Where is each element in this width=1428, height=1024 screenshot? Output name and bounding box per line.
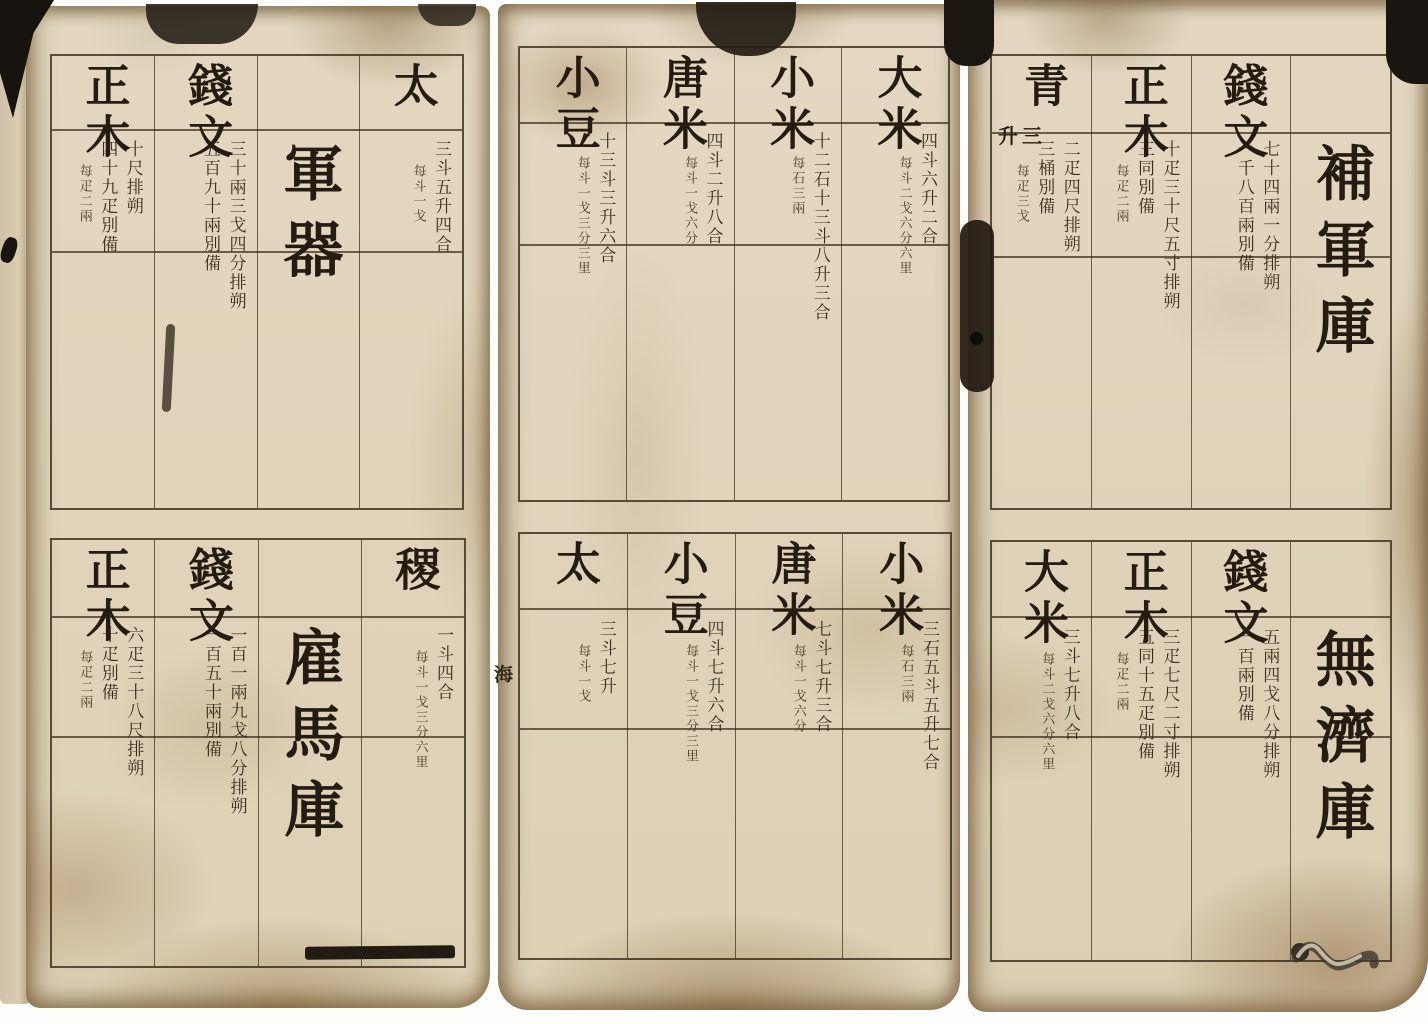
left-page-lower-band: 正木 六疋三十八尺排朔 十疋別備 每疋二兩 錢文 一百一兩九戈八分排朔 一百五十… — [50, 538, 466, 968]
column-notes: 十二石十三斗八升三合 每石三兩 — [788, 132, 833, 322]
column-subheader: 三升 — [998, 120, 1046, 149]
column-header: 唐米 — [765, 540, 812, 642]
note-line: 每斗一戈三分六里 — [411, 626, 431, 770]
ledger-column: 小米 三石五斗五升七合 每石三兩 — [842, 534, 950, 958]
note-line: 三疋七尺二寸排朔 — [1157, 628, 1183, 780]
column-notes: 三斗五升四合 每斗一戈 — [409, 140, 454, 254]
account-name: 無濟庫 — [1311, 628, 1371, 856]
column-notes: 一百一兩九戈八分排朔 一百五十兩別備 — [199, 626, 250, 816]
ledger-column: 小豆 十三斗三升六合 每斗一戈三分三里 — [520, 48, 626, 500]
note-line: 每石三兩 — [788, 132, 808, 322]
ledger-column: 唐米 四斗二升八合 每斗一戈六分 — [626, 48, 733, 500]
ledger-column: 正木 三疋七尺二寸排朔 五同十五疋別備 每疋二兩 — [1091, 542, 1191, 960]
ink-bar — [305, 945, 455, 960]
note-line: 三十兩三戈四分排朔 — [223, 140, 249, 311]
middle-page-upper-band: 小豆 十三斗三升六合 每斗一戈三分三里 唐米 四斗二升八合 每斗一戈六分 小米 … — [518, 46, 950, 502]
note-line: 三同別備 — [1132, 140, 1158, 311]
column-header: 錢文 — [183, 546, 230, 648]
column-notes: 六疋三十八尺排朔 十疋別備 每疋二兩 — [76, 626, 147, 778]
right-page-lower-band: 大米 三斗七升八合 每斗二戈六分六里 正木 三疋七尺二寸排朔 五同十五疋別備 每… — [990, 540, 1392, 962]
column-header: 太 — [550, 540, 597, 591]
note-line: 一斗四合 — [431, 626, 457, 770]
ledger-column: 小米 十二石十三斗八升三合 每石三兩 — [734, 48, 841, 500]
note-line: 每疋二兩 — [1112, 140, 1132, 311]
right-page-upper-band: 青 三升 二疋四尺排朔 三桶別備 每疋三戈 正木 十疋三十尺五寸排朔 三同別備 … — [990, 54, 1392, 510]
ledger-column: 太 三斗五升四合 每斗一戈 — [359, 56, 462, 508]
column-notes: 三十兩三戈四分排朔 五百九十兩別備 — [198, 140, 249, 311]
column-header: 正木 — [1118, 548, 1165, 650]
ledger-column: 錢文 五兩四戈八分排朔 一百兩別備 — [1191, 542, 1291, 960]
column-header: 太 — [388, 62, 435, 113]
ledger-column: 青 三升 二疋四尺排朔 三桶別備 每疋三戈 — [992, 56, 1091, 508]
column-header: 正木 — [80, 546, 127, 648]
note-line: 每斗一戈 — [574, 620, 594, 704]
account-column: 無濟庫 — [1290, 542, 1390, 960]
ledger-column: 錢文 一百一兩九戈八分排朔 一百五十兩別備 — [154, 540, 257, 966]
column-header: 正木 — [79, 62, 126, 164]
column-header: 小豆 — [550, 54, 597, 156]
grid-line — [992, 132, 1390, 134]
column-header: 小米 — [764, 54, 811, 156]
column-header: 小米 — [873, 540, 920, 642]
ledger-column: 正木 十疋三十尺五寸排朔 三同別備 每疋二兩 — [1091, 56, 1191, 508]
column-header: 稷 — [389, 546, 436, 597]
note-line: 一百兩別備 — [1231, 628, 1257, 780]
column-header: 青 — [1018, 62, 1065, 113]
note-line: 十疋三十尺五寸排朔 — [1157, 140, 1183, 311]
ledger-column: 錢文 七十四兩一分排朔 一千八百兩別備 — [1191, 56, 1291, 508]
column-notes: 三疋七尺二寸排朔 五同十五疋別備 每疋二兩 — [1112, 628, 1183, 780]
ledger-column: 正木 六疋三十八尺排朔 十疋別備 每疋二兩 — [52, 540, 154, 966]
note-line: 二疋四尺排朔 — [1057, 140, 1083, 254]
column-notes: 三斗七升 每斗一戈 — [574, 620, 619, 704]
column-header: 錢文 — [1217, 62, 1264, 164]
account-column: 補軍庫 — [1290, 56, 1390, 508]
account-column: 雇馬庫 — [258, 540, 361, 966]
binding-ink-blob — [1386, 0, 1428, 84]
note-line: 三斗七升 — [593, 620, 619, 704]
ink-dot — [970, 332, 983, 345]
page-right: 青 三升 二疋四尺排朔 三桶別備 每疋三戈 正木 十疋三十尺五寸排朔 三同別備 … — [968, 0, 1428, 1012]
ledger-column: 小豆 四斗七升六合 每斗一戈三分三里 — [627, 534, 735, 958]
note-line: 一百五十兩別備 — [199, 626, 225, 816]
account-name: 補軍庫 — [1311, 142, 1371, 370]
note-line: 五百九十兩別備 — [198, 140, 224, 311]
page-left: 正木 十尺排朔 四十九疋別備 每疋二兩 錢文 三十兩三戈四分排朔 五百九十兩別備… — [26, 6, 490, 1008]
column-header: 正木 — [1118, 62, 1165, 164]
column-notes: 三石五斗五升七合 每石三兩 — [897, 620, 942, 772]
column-header: 大米 — [871, 54, 918, 156]
note-line: 三石五斗五升七合 — [917, 620, 943, 772]
note-line: 五兩四戈八分排朔 — [1257, 628, 1283, 780]
account-column: 軍器 — [257, 56, 360, 508]
middle-page-lower-band: 太 三斗七升 每斗一戈 小豆 四斗七升六合 每斗一戈三分三里 唐米 七斗七升三合… — [518, 532, 952, 960]
note-line: 每疋二兩 — [76, 626, 96, 778]
binding-ink-blob — [944, 0, 994, 66]
ledger-column: 稷 一斗四合 每斗一戈三分六里 — [361, 540, 464, 966]
left-page-upper-band: 正木 十尺排朔 四十九疋別備 每疋二兩 錢文 三十兩三戈四分排朔 五百九十兩別備… — [50, 54, 464, 510]
note-line: 十二石十三斗八升三合 — [807, 132, 833, 322]
note-line: 每石三兩 — [897, 620, 917, 772]
ledger-column: 唐米 七斗七升三合 每斗一戈六分 — [735, 534, 843, 958]
note-line: 十疋別備 — [95, 626, 121, 778]
note-line: 每疋三戈 — [1012, 140, 1032, 254]
column-notes: 五兩四戈八分排朔 一百兩別備 — [1231, 628, 1282, 780]
note-line: 三桶別備 — [1032, 140, 1058, 254]
note-line: 三斗五升四合 — [429, 140, 455, 254]
grid-line — [520, 728, 950, 730]
ledger-column: 大米 四斗六升二合 每斗二戈六分六里 — [841, 48, 948, 500]
column-notes: 二疋四尺排朔 三桶別備 每疋三戈 — [1012, 140, 1083, 254]
ledger-column: 太 三斗七升 每斗一戈 — [520, 534, 627, 958]
note-line: 每疋二兩 — [1112, 628, 1132, 780]
note-line: 六疋三十八尺排朔 — [121, 626, 147, 778]
margin-mark: 海 — [493, 659, 514, 687]
column-header: 小豆 — [658, 540, 705, 642]
ink-squiggle — [1288, 934, 1380, 980]
note-line: 一百一兩九戈八分排朔 — [224, 626, 250, 816]
page-middle: 小豆 十三斗三升六合 每斗一戈三分三里 唐米 四斗二升八合 每斗一戈六分 小米 … — [498, 4, 960, 1010]
note-line: 每斗一戈 — [409, 140, 429, 254]
column-notes: 一斗四合 每斗一戈三分六里 — [411, 626, 456, 770]
account-name: 雇馬庫 — [280, 626, 340, 854]
ledger-column: 錢文 三十兩三戈四分排朔 五百九十兩別備 — [154, 56, 257, 508]
ledger-spread: 正木 十尺排朔 四十九疋別備 每疋二兩 錢文 三十兩三戈四分排朔 五百九十兩別備… — [0, 0, 1428, 1024]
ledger-column: 大米 三斗七升八合 每斗二戈六分六里 — [992, 542, 1091, 960]
column-header: 大米 — [1018, 548, 1065, 650]
column-header: 錢文 — [1217, 548, 1264, 650]
column-notes: 十疋三十尺五寸排朔 三同別備 每疋二兩 — [1112, 140, 1183, 311]
column-header: 錢文 — [182, 62, 229, 164]
ledger-column: 正木 十尺排朔 四十九疋別備 每疋二兩 — [52, 56, 154, 508]
column-header: 唐米 — [657, 54, 704, 156]
ink-smear — [960, 220, 994, 392]
note-line: 五同十五疋別備 — [1132, 628, 1158, 780]
account-name: 軍器 — [278, 142, 338, 294]
